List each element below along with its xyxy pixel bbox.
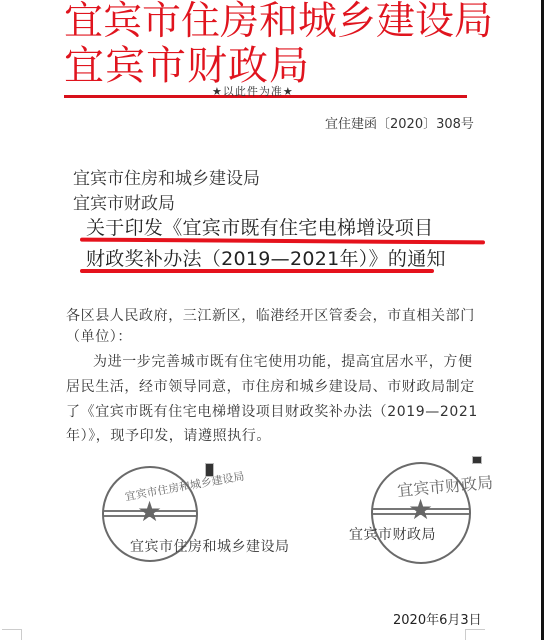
star-icon: ★ <box>137 498 162 526</box>
star-icon: ★ <box>408 496 433 524</box>
salutation-line-1: 各区县人民政府，三江新区，临港经开区管委会，市直相关部门 <box>66 305 475 325</box>
page-corner-mark <box>465 629 485 640</box>
body-paragraph-line-2: 居民生活，经市领导同意，市住房和城乡建设局、市财政局制定 <box>66 376 475 396</box>
body-paragraph-line-1: 为进一步完善城市既有住宅使用功能，提高宜居水平，方便 <box>93 351 473 371</box>
body-paragraph-line-4: 年）》，现予印发，请遵照执行。 <box>66 425 271 445</box>
letterhead-line-2: 宜宾市财政局 <box>64 44 310 88</box>
letterhead-motto: ★以此件为准★ <box>212 83 294 99</box>
verification-badge-icon <box>205 463 214 477</box>
issue-date: 2020年6月3日 <box>393 609 482 628</box>
verification-badge-icon <box>472 456 482 464</box>
salutation-line-2: （单位）： <box>66 326 132 346</box>
issuer-line-1: 宜宾市住房和城乡建设局 <box>73 164 260 189</box>
document-title-line-2: 财政奖补办法（2019—2021年）》的通知 <box>86 244 446 271</box>
official-seal-finance-bureau: 宜宾市财政局 ★ <box>371 462 471 564</box>
image-right-border <box>541 0 544 640</box>
page-corner-mark <box>2 629 22 640</box>
letterhead-line-1: 宜宾市住房和城乡建设局 <box>64 0 493 44</box>
document-number: 宜住建函〔2020〕308号 <box>325 113 474 132</box>
red-underline-annotation-2 <box>80 269 434 273</box>
document-title-line-1: 关于印发《宜宾市既有住宅电梯增设项目 <box>86 213 433 240</box>
document-page: 宜宾市住房和城乡建设局 宜宾市财政局 ★以此件为准★ 宜住建函〔2020〕308… <box>0 0 549 640</box>
signature-finance-bureau: 宜宾市财政局 <box>349 524 436 544</box>
signature-housing-bureau: 宜宾市住房和城乡建设局 <box>130 536 290 556</box>
issuer-line-2: 宜宾市财政局 <box>73 189 175 214</box>
body-paragraph-line-3: 了《宜宾市既有住宅电梯增设项目财政奖补办法（2019—2021 <box>66 401 478 421</box>
